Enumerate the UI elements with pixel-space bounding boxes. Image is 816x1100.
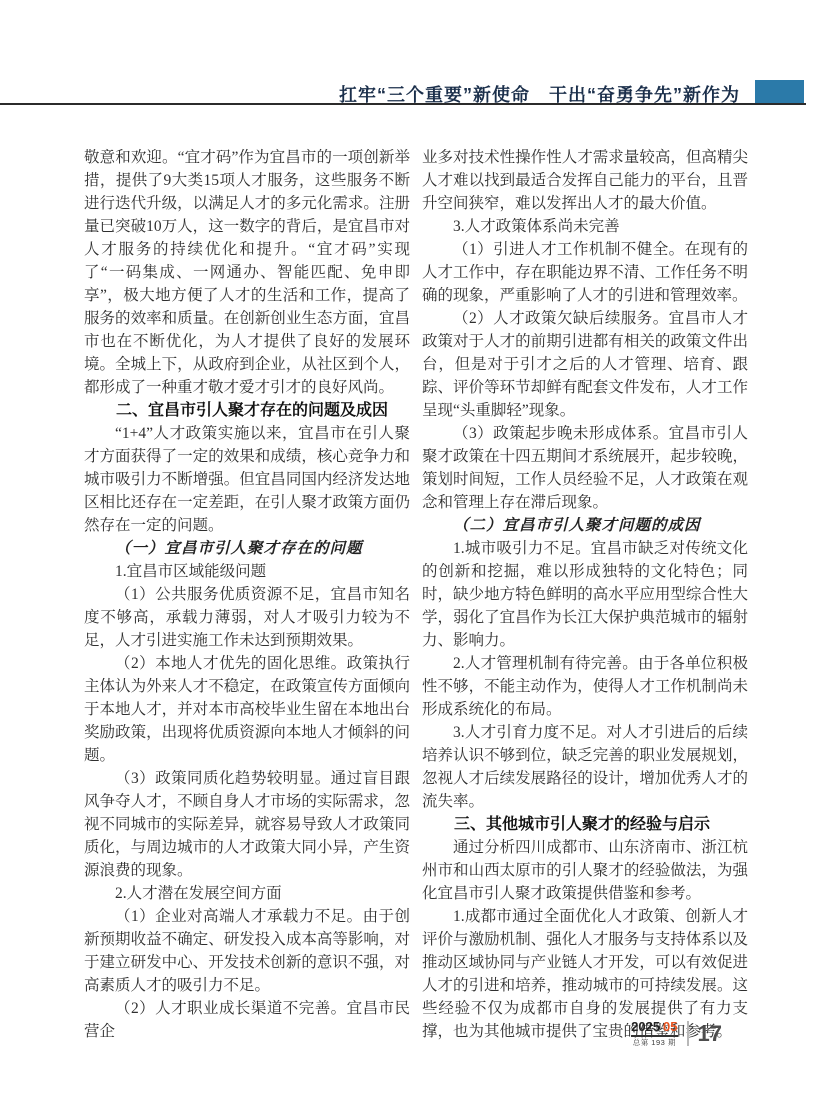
section-heading: 三、其他城市引人聚才的经验与启示 bbox=[422, 813, 748, 836]
left-column: 敬意和欢迎。“宜才码”作为宜昌市的一项创新举措，提供了9大类15项人才服务，这些… bbox=[84, 146, 410, 1043]
paragraph: 1.宜昌市区域能级问题 bbox=[84, 560, 410, 583]
paragraph: （2）本地人才优先的固化思维。政策执行主体认为外来人才不稳定，在政策宣传方面倾向… bbox=[84, 652, 410, 767]
paragraph: 通过分析四川成都市、山东济南市、浙江杭州市和山西太原市的引人聚才的经验做法，为强… bbox=[422, 836, 748, 905]
paragraph: （1）企业对高端人才承载力不足。由于创新预期收益不确定、研发投入成本高等影响，对… bbox=[84, 905, 410, 997]
paragraph: （3）政策起步晚未形成体系。宜昌市引人聚才政策在十四五期间才系统展开，起步较晚，… bbox=[422, 422, 748, 514]
paragraph-continuation: 敬意和欢迎。“宜才码”作为宜昌市的一项创新举措，提供了9大类15项人才服务，这些… bbox=[84, 146, 410, 399]
journal-page: 扛牢“三个重要”新使命 干出“奋勇争先”新作为 敬意和欢迎。“宜才码”作为宜昌市… bbox=[0, 0, 816, 1100]
paragraph: 3.人才政策体系尚未完善 bbox=[422, 215, 748, 238]
paragraph: 2.人才潜在发展空间方面 bbox=[84, 882, 410, 905]
issue-date: 202505 bbox=[631, 1020, 677, 1037]
issue-number: 05 bbox=[663, 1019, 677, 1034]
footer-divider bbox=[687, 1021, 689, 1046]
subsection-heading: （一）宜昌市引人聚才存在的问题 bbox=[84, 537, 410, 560]
paragraph: （1）公共服务优质资源不足，宜昌市知名度不够高，承载力薄弱，对人才吸引力较为不足… bbox=[84, 583, 410, 652]
paragraph: 2.人才管理机制有待完善。由于各单位积极性不够，不能主动作为，使得人才工作机制尚… bbox=[422, 652, 748, 721]
issue-block: 202505 总第 193 期 bbox=[631, 1020, 677, 1047]
header-rule bbox=[0, 103, 806, 105]
paragraph: 3.人才引育力度不足。对人才引进后的后续培养认识不够到位，缺乏完善的职业发展规划… bbox=[422, 721, 748, 813]
paragraph: （2）人才职业成长渠道不完善。宜昌市民营企 bbox=[84, 997, 410, 1043]
paragraph: （1）引进人才工作机制不健全。在现有的人才工作中，存在职能边界不清、工作任务不明… bbox=[422, 238, 748, 307]
issue-year: 2025 bbox=[631, 1019, 660, 1034]
paragraph: （3）政策同质化趋势较明显。通过盲目跟风争夺人才，不顾自身人才市场的实际需求，忽… bbox=[84, 767, 410, 882]
paragraph: （2）人才政策欠缺后续服务。宜昌市人才政策对于人才的前期引进都有相关的政策文件出… bbox=[422, 307, 748, 422]
paragraph: “1+4”人才政策实施以来，宜昌市在引人聚才方面获得了一定的效果和成绩，核心竞争… bbox=[84, 422, 410, 537]
paragraph: 1.城市吸引力不足。宜昌市缺乏对传统文化的创新和挖掘，难以形成独特的文化特色；同… bbox=[422, 537, 748, 652]
page-number: 17 bbox=[698, 1021, 722, 1046]
paragraph-continuation: 业多对技术性操作性人才需求量较高，但高精尖人才难以找到最适合发挥自己能力的平台，… bbox=[422, 146, 748, 215]
page-footer: 202505 总第 193 期 17 bbox=[631, 1020, 722, 1047]
header-accent-block bbox=[755, 80, 804, 103]
section-heading: 二、宜昌市引人聚才存在的问题及成因 bbox=[84, 399, 410, 422]
subsection-heading: （二）宜昌市引人聚才问题的成因 bbox=[422, 514, 748, 537]
issue-total: 总第 193 期 bbox=[631, 1038, 677, 1047]
right-column: 业多对技术性操作性人才需求量较高，但高精尖人才难以找到最适合发挥自己能力的平台，… bbox=[422, 146, 748, 1043]
article-body: 敬意和欢迎。“宜才码”作为宜昌市的一项创新举措，提供了9大类15项人才服务，这些… bbox=[84, 146, 748, 1043]
